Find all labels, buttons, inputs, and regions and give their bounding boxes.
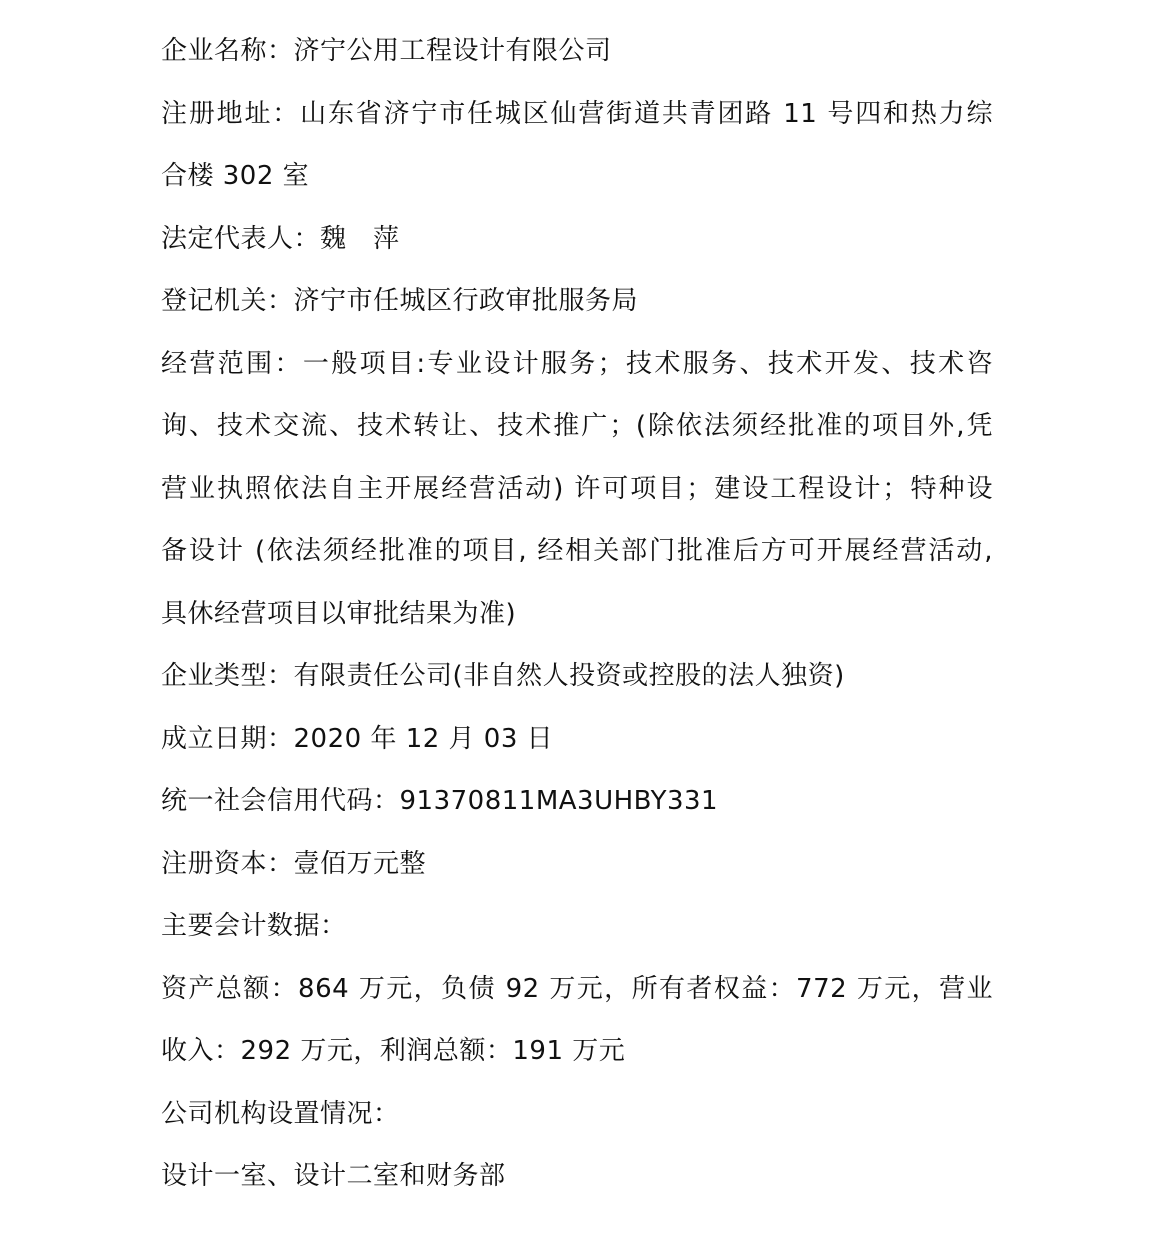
business-scope-line-5: 具休经营项目以审批结果为准) (161, 583, 993, 646)
accounting-data-line-2: 收入：292 万元，利润总额：191 万元 (161, 1020, 993, 1083)
registered-address-line-2: 合楼 302 室 (161, 145, 993, 208)
legal-representative-line: 法定代表人：魏 萍 (161, 208, 993, 271)
established-date-line: 成立日期：2020 年 12 月 03 日 (161, 708, 993, 771)
org-structure-heading: 公司机构设置情况： (161, 1083, 993, 1146)
registered-capital-line: 注册资本：壹佰万元整 (161, 833, 993, 896)
registered-address-line-1: 注册地址：山东省济宁市任城区仙营街道共青团路 11 号四和热力综 (161, 83, 993, 146)
org-structure-departments: 设计一室、设计二室和财务部 (161, 1145, 993, 1208)
accounting-data-heading: 主要会计数据： (161, 895, 993, 958)
business-scope-line-4: 备设计 (依法须经批准的项目, 经相关部门批准后方可开展经营活动, (161, 520, 993, 583)
business-scope-line-1: 经营范围：一般项目:专业设计服务；技术服务、技术开发、技术咨 (161, 333, 993, 396)
accounting-data-line-1: 资产总额：864 万元，负债 92 万元，所有者权益：772 万元，营业 (161, 958, 993, 1021)
document-page: 企业名称：济宁公用工程设计有限公司 注册地址：山东省济宁市任城区仙营街道共青团路… (161, 20, 993, 1208)
registration-authority-line: 登记机关：济宁市任城区行政审批服务局 (161, 270, 993, 333)
credit-code-line: 统一社会信用代码：91370811MA3UHBY331 (161, 770, 993, 833)
business-scope-line-3: 营业执照依法自主开展经营活动) 许可项目；建设工程设计；特种设 (161, 458, 993, 521)
business-scope-line-2: 询、技术交流、技术转让、技术推广；(除依法须经批准的项目外,凭 (161, 395, 993, 458)
company-name-line: 企业名称：济宁公用工程设计有限公司 (161, 20, 993, 83)
company-type-line: 企业类型：有限责任公司(非自然人投资或控股的法人独资) (161, 645, 993, 708)
